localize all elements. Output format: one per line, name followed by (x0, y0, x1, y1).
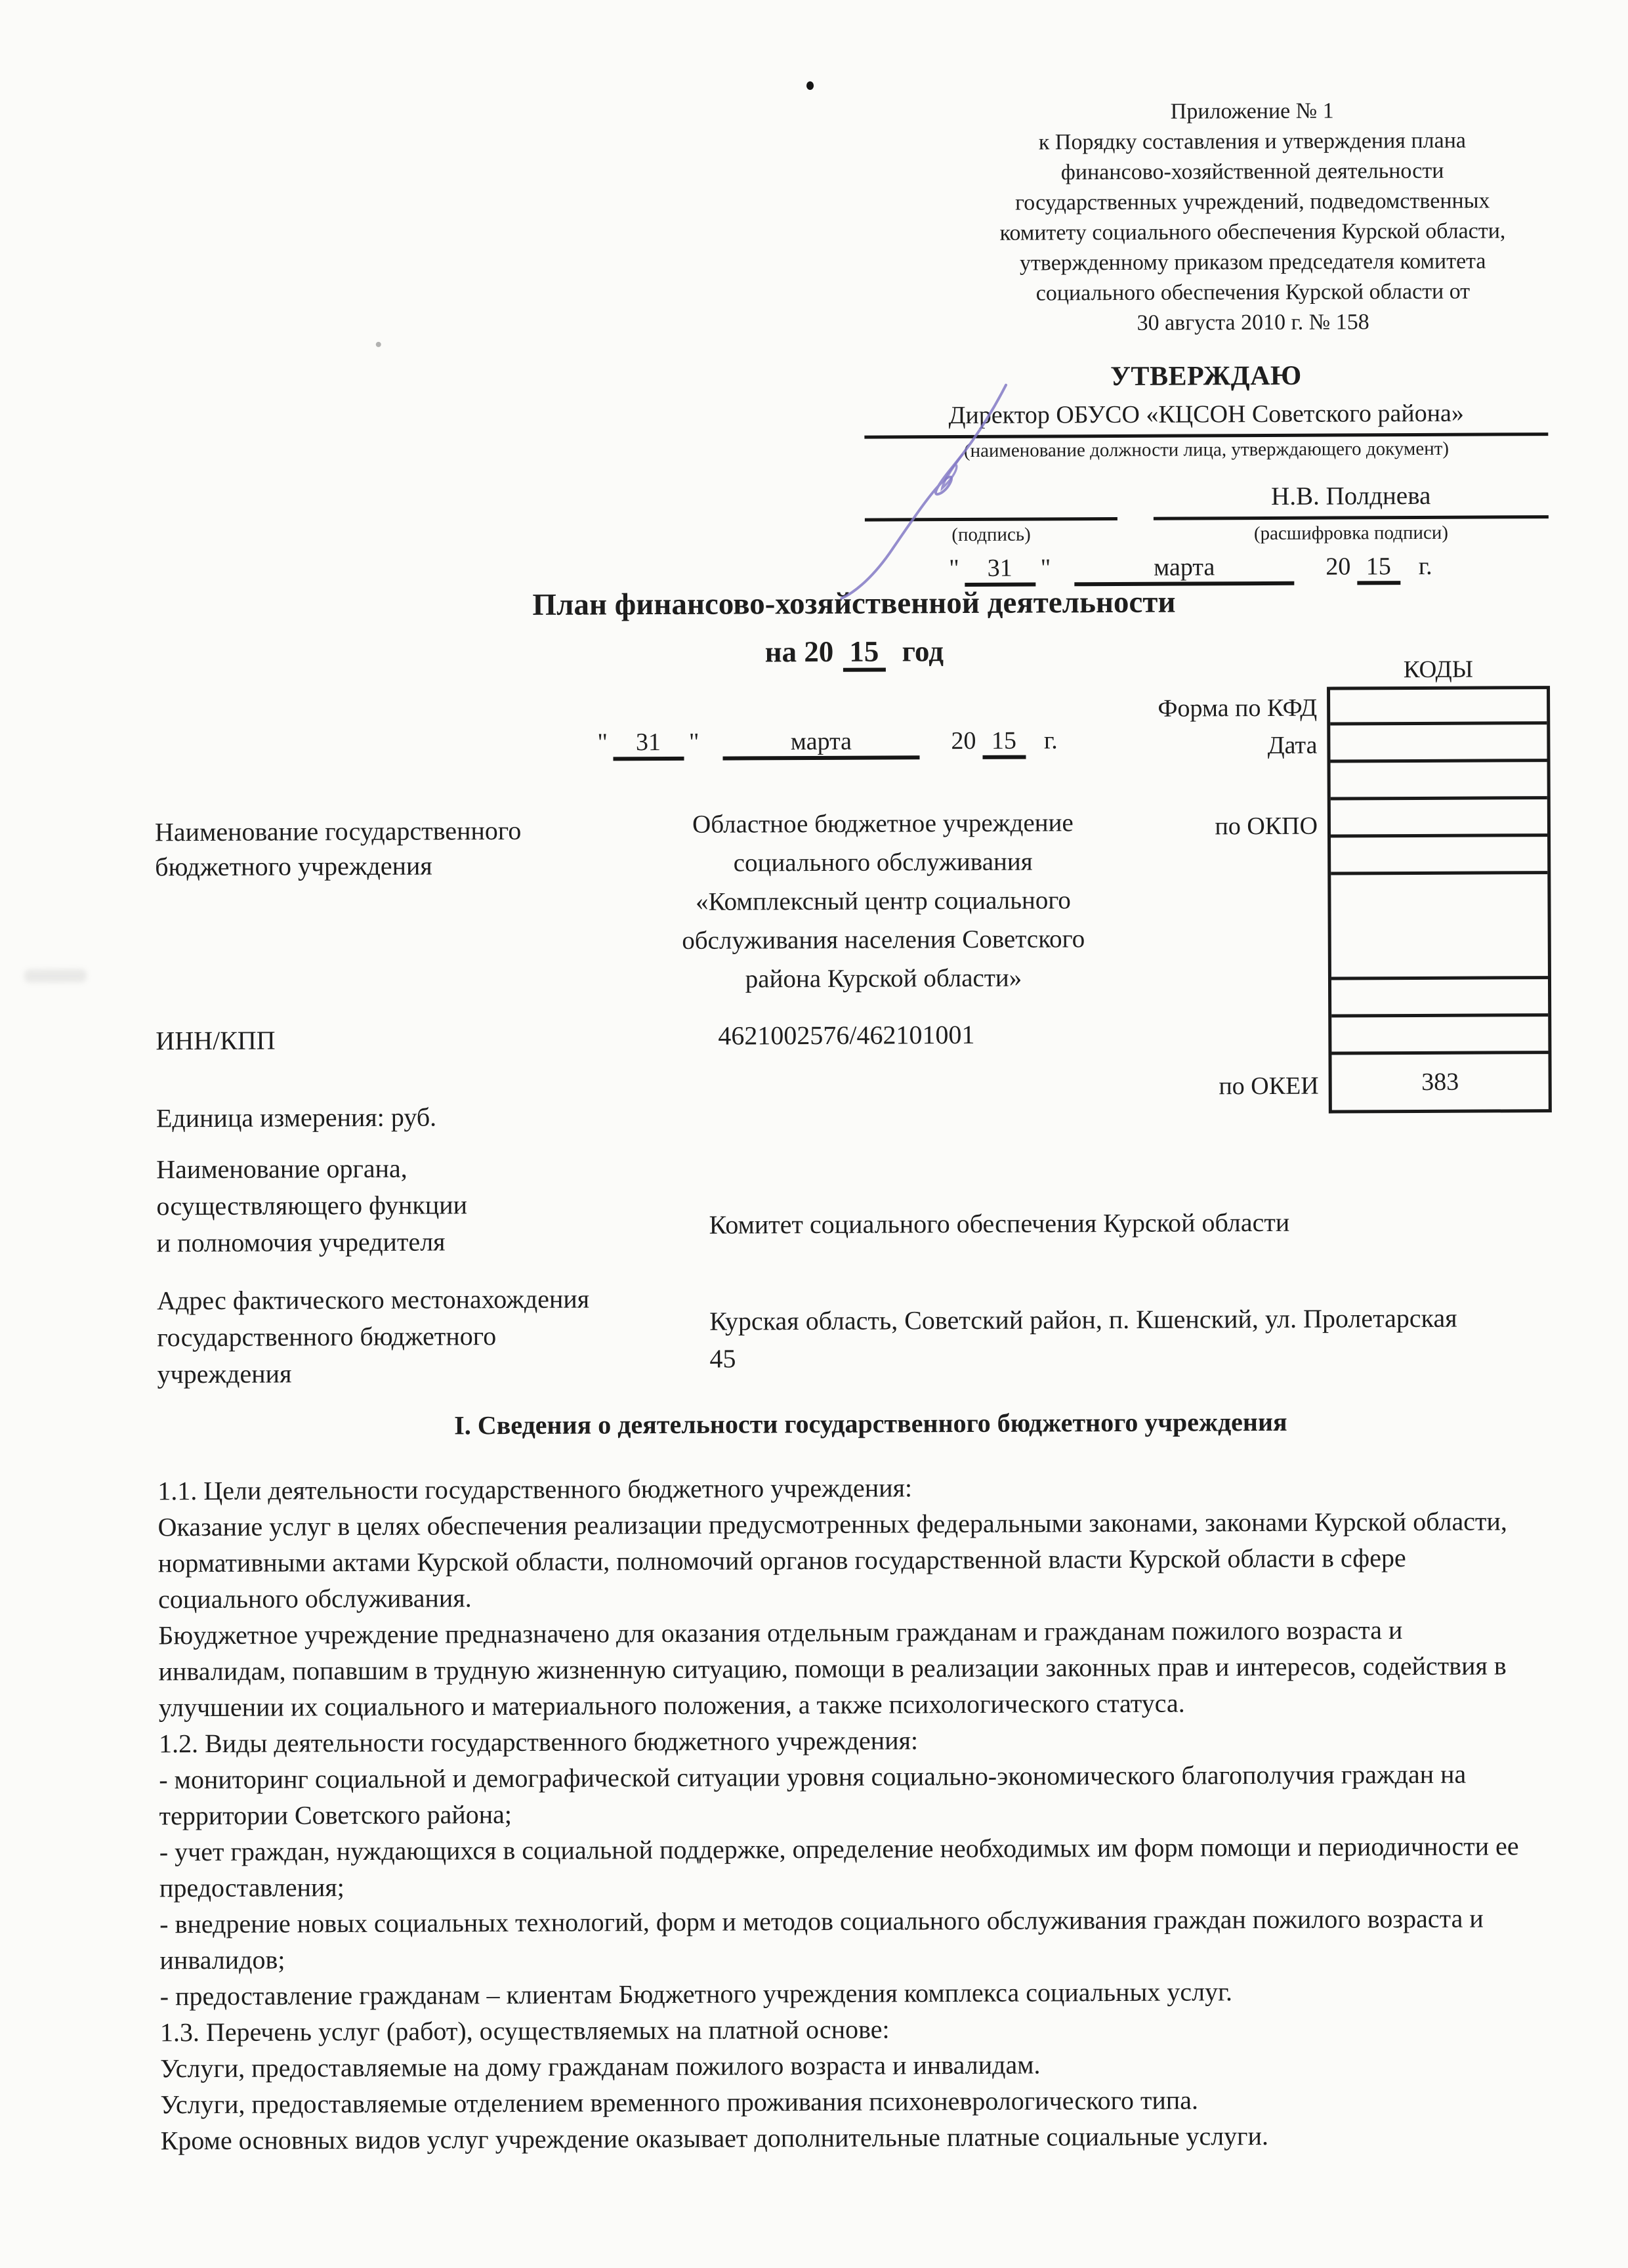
name-caption: (расшифровка подписи) (1154, 522, 1549, 545)
form-date-genitive: г. (1044, 726, 1058, 754)
codes-cell-okpo (1331, 799, 1547, 837)
annex-reference-block: Приложение № 1 к Порядку составления и у… (963, 95, 1542, 339)
label-okei: по ОКЕИ (1024, 1072, 1319, 1102)
approval-date-year: 15 (1357, 552, 1400, 585)
inn-kpp-label: ИНН/КПП (156, 1025, 275, 1057)
handwritten-signature (827, 381, 1018, 602)
label-date: Дата (1022, 731, 1317, 761)
paragraph: Услуги, предоставляемые на дому граждана… (160, 2044, 1532, 2086)
paragraph: Оказание услуг в целях обеспечения реали… (157, 1503, 1530, 1617)
year-suffix: год (902, 635, 944, 667)
paragraph: - учет граждан, нуждающихся в социальной… (159, 1828, 1531, 1906)
codes-cell-empty (1331, 1017, 1548, 1055)
codes-table-header: КОДЫ (1327, 655, 1550, 684)
section1-body: 1.1. Цели деятельности государственного … (157, 1467, 1532, 2158)
scan-artifact-smudge (24, 969, 87, 982)
codes-cell-empty (1331, 837, 1547, 875)
annex-line: 30 августа 2010 г. № 158 (965, 306, 1542, 339)
annex-line: утвержденному приказом председателя коми… (964, 246, 1541, 279)
approver-name: Н.В. Полднева (1154, 480, 1549, 520)
paragraph-1-3: 1.3. Перечень услуг (работ), осуществляе… (160, 2008, 1532, 2050)
paragraph: Бюуджетное учреждение предназначено для … (158, 1611, 1530, 1725)
close-quote: " (684, 728, 705, 756)
codes-cell-date (1330, 724, 1547, 763)
label-form-kfd: Форма по КФД (1022, 694, 1317, 724)
founder-body-label: Наименование органа, осуществляющего фун… (156, 1150, 551, 1262)
open-quote: " (592, 728, 613, 756)
codes-table: 383 (1327, 686, 1552, 1113)
year-value: 15 (843, 635, 885, 672)
year-prefix: на (765, 635, 797, 668)
annex-line: к Порядку составления и утверждения план… (963, 125, 1541, 158)
codes-cell-empty (1331, 979, 1548, 1017)
annex-line: государственных учреждений, подведомстве… (964, 186, 1541, 219)
codes-cell-okei: 383 (1331, 1054, 1548, 1110)
paragraph: - внедрение новых социальных технологий,… (159, 1900, 1531, 1978)
paragraph: Услуги, предоставляемые отделением време… (160, 2080, 1532, 2122)
annex-line: комитету социального обеспечения Курской… (964, 216, 1541, 249)
scan-artifact-dot (806, 81, 814, 90)
institution-name-label: Наименование государственного бюджетного… (155, 812, 614, 884)
annex-line: финансово-хозяйственной деятельности (964, 156, 1541, 188)
paragraph-1-2: 1.2. Виды деятельности государственного … (159, 1719, 1530, 1761)
paragraph: - мониторинг социальной и демографическо… (159, 1755, 1530, 1834)
form-date-day: 31 (613, 728, 684, 761)
approval-date-genitive: г. (1419, 553, 1432, 580)
scan-artifact-speck (376, 342, 381, 347)
founder-body-value: Комитет социального обеспечения Курской … (709, 1207, 1289, 1240)
measurement-unit-label: Единица измерения: руб. (156, 1102, 436, 1134)
year-century: 20 (804, 635, 833, 668)
paragraph-1-1: 1.1. Цели деятельности государственного … (157, 1467, 1529, 1509)
scanned-document-page: Приложение № 1 к Порядку составления и у… (0, 0, 1628, 2268)
form-date-century: 20 (951, 727, 976, 755)
annex-line: социального обеспечения Курской области … (964, 276, 1541, 309)
document-title-year: на 2015 год (392, 633, 1317, 671)
form-date-month: марта (722, 726, 919, 760)
form-date-line: "31"марта20 15г. (592, 726, 1058, 761)
codes-cell-kfd (1330, 689, 1547, 725)
institution-name-value: Областное бюджетное учреждение социально… (638, 803, 1128, 999)
codes-cell-empty (1331, 762, 1547, 800)
signature-gap (1117, 524, 1154, 545)
signature-stroke (841, 385, 1007, 598)
form-date-year: 15 (982, 726, 1026, 759)
signature-loop (942, 455, 962, 488)
paragraph: Кроме основных видов услуг учреждение ок… (161, 2116, 1532, 2158)
approval-date-century: 20 (1325, 553, 1350, 580)
approval-date-month: марта (1074, 553, 1294, 586)
section1-heading: I. Сведения о деятельности государственн… (113, 1405, 1628, 1442)
inn-kpp-value: 4621002576/462101001 (718, 1019, 974, 1051)
codes-cell-empty-tall (1331, 874, 1548, 980)
annex-line: Приложение № 1 (963, 95, 1541, 128)
close-quote: " (1035, 554, 1056, 581)
paragraph: - предоставление гражданам – клиентам Бю… (160, 1972, 1532, 2014)
address-value: Курская область, Советский район, п. Кше… (709, 1299, 1608, 1377)
address-label: Адрес фактического местонахождения госуд… (157, 1280, 682, 1393)
